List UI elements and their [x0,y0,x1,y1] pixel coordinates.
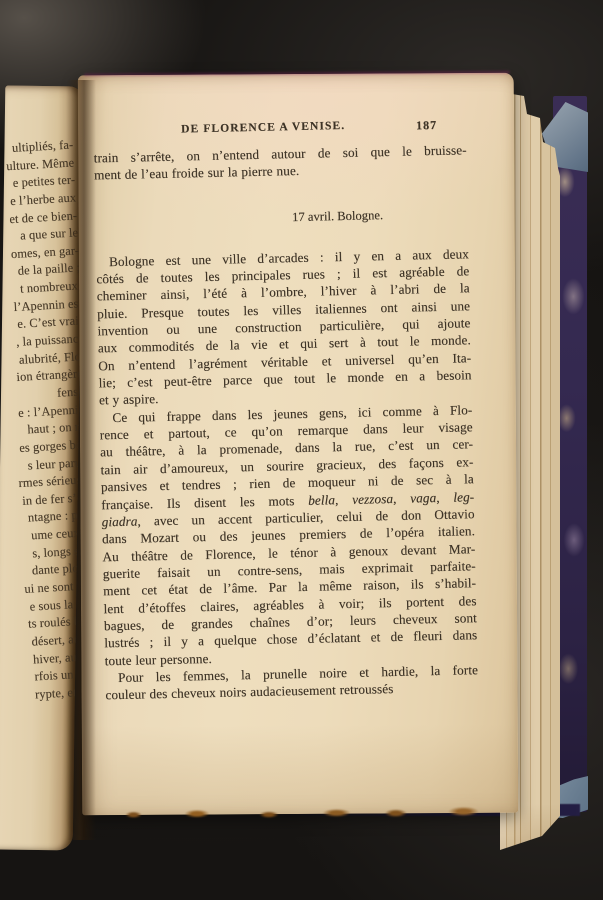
text-segment: , [335,491,352,506]
page-header: DE FLORENCE A VENISE. 187 [93,117,466,140]
paragraph: Ce qui frappe dans les jeunes gens, ici … [99,401,478,669]
running-title: DE FLORENCE A VENISE. [181,120,345,136]
italic-text-segment: bella [308,492,335,508]
left-page-text-fragments: ultipliés, fa-ulture. Mêmee petites ter-… [0,136,83,714]
left-page-edge: ultipliés, fa-ulture. Mêmee petites ter-… [0,85,83,850]
paragraph: Bologne est une ville d’arcades : il y e… [96,245,472,409]
italic-text-segment: vaga [410,489,436,505]
body-paragraphs: Bologne est une ville d’arcades : il y e… [96,245,479,704]
page-number: 187 [416,118,437,133]
left-fragment-line: rypte, et. si le [0,682,83,714]
date-line: 17 avril. Bologne. [95,205,468,229]
italic-text-segment: vezzosa [352,490,393,506]
text-segment: , [393,490,410,505]
italic-text-segment: leg- [453,489,474,504]
paragraph: Pour les femmes, la prunelle noire et ha… [105,661,479,704]
book-page: DE FLORENCE A VENISE. 187 train s’arrête… [78,73,519,816]
page-content: DE FLORENCE A VENISE. 187 train s’arrête… [72,69,524,818]
italic-text-segment: giadra [101,513,137,529]
text-segment: , [436,489,453,504]
paragraph-continuation: train s’arrête, on n’entend autour de so… [94,141,468,184]
photo-background: ultipliés, fa-ulture. Mêmee petites ter-… [0,0,603,900]
